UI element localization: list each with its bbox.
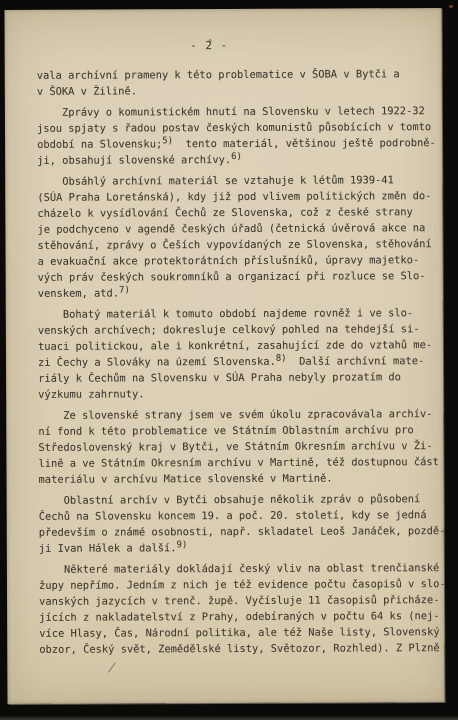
text-line: vých práv českých soukromníků a organiza… bbox=[38, 268, 441, 286]
text-line: stěhování, zprávy o Češích vypovídaných … bbox=[37, 236, 440, 254]
text-line: více Hlasy, Čas, Národní politika, ale t… bbox=[39, 624, 442, 642]
text-line: ní fond k této problematice ve Státním O… bbox=[38, 422, 441, 440]
text-line: ji Ivan Hálek a další.9) bbox=[39, 539, 442, 557]
text-line: tuaci politickou, ale i konkrétní, zasah… bbox=[38, 337, 441, 355]
pencil-mark bbox=[108, 662, 116, 672]
text-line: zi Čechy a Slováky na území Slovenska.8)… bbox=[38, 353, 441, 371]
paragraph: vala archívní prameny k této problematic… bbox=[37, 66, 440, 100]
paragraph: Některé materiály dokládají český vliv n… bbox=[39, 560, 442, 658]
scan-background: - 2 - vala archívní prameny k této probl… bbox=[0, 0, 458, 720]
document-text: vala archívní prameny k této problematic… bbox=[37, 66, 443, 658]
paragraph: Bohatý materiál k tomuto období najdeme … bbox=[38, 305, 441, 403]
text-line: Ze slovenské strany jsem ve svém úkolu z… bbox=[38, 406, 441, 424]
text-line: Čechů na Slovensku koncem 19. a poč. 20.… bbox=[39, 507, 442, 525]
footnote-marker: 6) bbox=[231, 152, 242, 162]
paragraph: Obsáhlý archívní materiál se vztahuje k … bbox=[37, 172, 441, 302]
text-line: Obsáhlý archívní materiál se vztahuje k … bbox=[37, 172, 440, 190]
text-line: období na Slovensku;5) tento materiál, v… bbox=[37, 135, 440, 153]
text-line: Bohatý materiál k tomuto období najdeme … bbox=[38, 305, 441, 323]
page-number: - 2 - bbox=[0, 37, 428, 55]
footnote-marker: 5) bbox=[162, 136, 173, 146]
text-line: a evakuační akce protektorátních přísluš… bbox=[38, 252, 441, 270]
text-line: cházelo k vysídlování Čechů ze Slovenska… bbox=[37, 204, 440, 222]
text-line: výzkumu zahrnuty. bbox=[38, 385, 441, 403]
text-line: obzor, Český svět, Zemědělské listy, Svě… bbox=[39, 640, 442, 658]
text-line: (SÚA Praha Loretánská), kdy již pod vliv… bbox=[37, 188, 440, 206]
text-line: župy nepřímo. Jedním z nich je též evide… bbox=[39, 576, 442, 594]
text-line: v ŠOKA v Žilině. bbox=[37, 82, 440, 100]
text-line: venských archívech; dokresluje celkový p… bbox=[38, 321, 441, 339]
paper-speck bbox=[209, 39, 212, 43]
paragraph: Zprávy o komunistickém hnutí na Slovensk… bbox=[37, 103, 440, 169]
text-line: Středoslovenský kraj v Bytči, ve Státním… bbox=[38, 438, 441, 456]
text-line: je podchyceno v agendě českých úřadů (če… bbox=[37, 220, 440, 238]
paragraph: Ze slovenské strany jsem ve svém úkolu z… bbox=[38, 406, 441, 488]
footnote-marker: 8) bbox=[276, 354, 287, 364]
document-page: - 2 - vala archívní prameny k této probl… bbox=[4, 8, 444, 704]
text-line: Některé materiály dokládají český vliv n… bbox=[39, 560, 442, 578]
text-line: riály k Čechům na Slovensku v SÚA Praha … bbox=[38, 369, 441, 387]
paragraph: Oblastní archív v Bytči obsahuje několik… bbox=[39, 491, 442, 557]
footnote-marker: 7) bbox=[119, 285, 130, 295]
text-line: jících z nakladatelství z Prahy, odebíra… bbox=[39, 608, 442, 626]
paper-speck bbox=[449, 5, 453, 8]
text-line: materiálu v archívu Matice slovenské v M… bbox=[39, 470, 442, 488]
text-line: venskem, atd.7) bbox=[38, 284, 441, 302]
text-line: vanských jazycích v trenč. župě. Vyčíslu… bbox=[39, 592, 442, 610]
text-line: lině a ve Státním Okresním archívu v Mar… bbox=[38, 454, 441, 472]
footnote-marker: 9) bbox=[176, 540, 187, 550]
text-line: jsou spjaty s řadou postav českých komun… bbox=[37, 119, 440, 137]
scanner-edge bbox=[0, 716, 458, 720]
text-line: Oblastní archív v Bytči obsahuje několik… bbox=[39, 491, 442, 509]
text-line: především o známé osobnosti, např. sklad… bbox=[39, 523, 442, 541]
text-line: vala archívní prameny k této problematic… bbox=[37, 66, 440, 84]
text-line: Zprávy o komunistickém hnutí na Slovensk… bbox=[37, 103, 440, 121]
text-line: ji, obsahují slovenské archívy.6) bbox=[37, 151, 440, 169]
